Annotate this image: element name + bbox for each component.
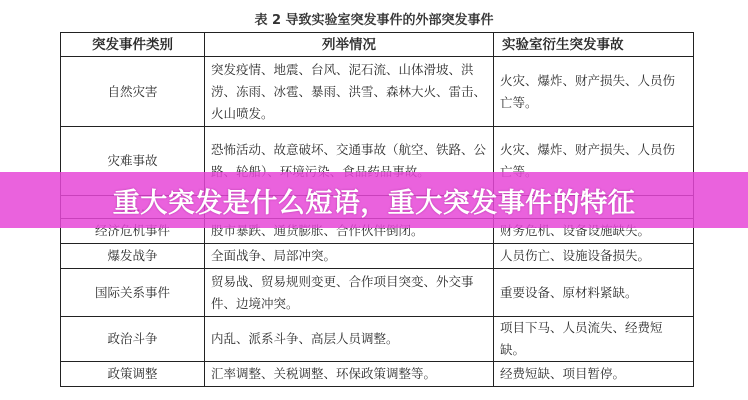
table-row: 政治斗争 内乱、派系斗争、高层人员调整。 项目下马、人员流失、经费短缺。	[61, 317, 694, 362]
cell-examples: 全面战争、局部冲突。	[205, 244, 494, 269]
cell-derived: 重要设备、原材料紧缺。	[494, 269, 694, 317]
table-row: 爆发战争 全面战争、局部冲突。 人员伤亡、设施设备损失。	[61, 244, 694, 269]
table-row: 政策调整 汇率调整、关税调整、环保政策调整等。 经费短缺、项目暂停。	[61, 362, 694, 387]
table-row: 国际关系事件 贸易战、贸易规则变更、合作项目突变、外交事件、边境冲突。 重要设备…	[61, 269, 694, 317]
cell-derived: 项目下马、人员流失、经费短缺。	[494, 317, 694, 362]
cell-examples: 内乱、派系斗争、高层人员调整。	[205, 317, 494, 362]
cell-category: 政治斗争	[61, 317, 205, 362]
cell-category: 爆发战争	[61, 244, 205, 269]
title-banner: 重大突发是什么短语，重大突发事件的特征	[0, 172, 748, 228]
cell-category: 国际关系事件	[61, 269, 205, 317]
cell-derived: 火灾、爆炸、财产损失、人员伤亡等。	[494, 57, 694, 127]
cell-examples: 突发疫情、地震、台风、泥石流、山体滑坡、洪涝、冻雨、冰雹、暴雨、洪雪、森林大火、…	[205, 57, 494, 127]
header-derived: 实验室衍生突发事故	[494, 33, 694, 57]
cell-examples: 贸易战、贸易规则变更、合作项目突变、外交事件、边境冲突。	[205, 269, 494, 317]
table-header-row: 突发事件类别 列举情况 实验室衍生突发事故	[61, 33, 694, 57]
table-row: 自然灾害 突发疫情、地震、台风、泥石流、山体滑坡、洪涝、冻雨、冰雹、暴雨、洪雪、…	[61, 57, 694, 127]
cell-derived: 人员伤亡、设施设备损失。	[494, 244, 694, 269]
cell-examples: 汇率调整、关税调整、环保政策调整等。	[205, 362, 494, 387]
banner-title: 重大突发是什么短语，重大突发事件的特征	[113, 181, 636, 220]
header-examples: 列举情况	[205, 33, 494, 57]
cell-derived: 经费短缺、项目暂停。	[494, 362, 694, 387]
cell-category: 自然灾害	[61, 57, 205, 127]
table-caption: 表 2 导致实验室突发事件的外部突发事件	[0, 9, 748, 28]
header-category: 突发事件类别	[61, 33, 205, 57]
cell-category: 政策调整	[61, 362, 205, 387]
